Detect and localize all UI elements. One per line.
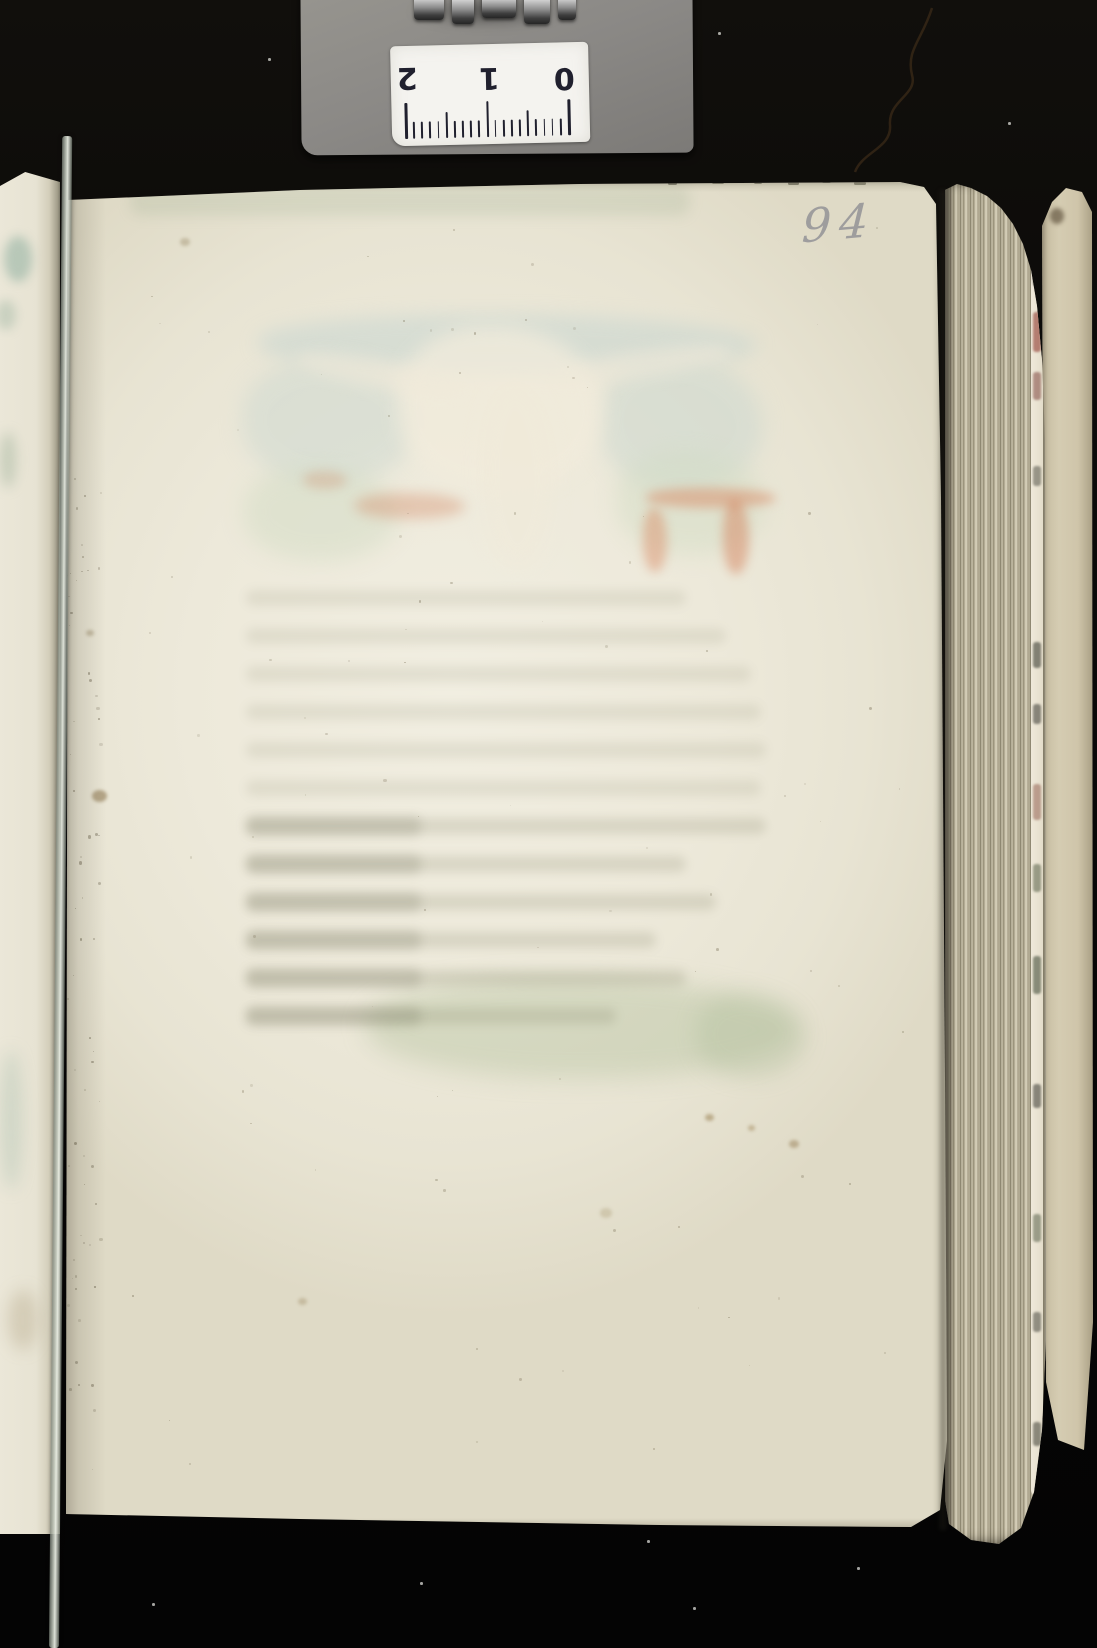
- paint-spot: [4, 236, 32, 282]
- paint-spot: [0, 300, 16, 330]
- clip-segment: [482, 0, 516, 18]
- ruler-sticker: 2 1 0: [390, 42, 590, 146]
- photograph-scene: 2 1 0: [0, 0, 1097, 1648]
- bowed-leaves: [1040, 182, 1094, 1482]
- ruler-ticks: [390, 42, 590, 146]
- clip-segment: [414, 0, 444, 20]
- fore-edge-stack: [945, 180, 1047, 1548]
- paint-spot: [0, 432, 16, 488]
- binder-clip: [408, 0, 588, 34]
- page-stack-seam: [938, 190, 948, 1530]
- clip-segment: [558, 0, 576, 20]
- stain-spot: [1050, 208, 1064, 224]
- gutter-dirt: [60, 178, 950, 1534]
- manuscript-page: 94: [60, 178, 950, 1534]
- paint-spot: [8, 1290, 38, 1350]
- clip-segment: [524, 0, 550, 24]
- clip-segment: [452, 0, 474, 24]
- paint-spot: [0, 1050, 22, 1190]
- decorated-leaf-edge: [1031, 204, 1043, 1496]
- page-number-annotation: 94: [801, 193, 878, 254]
